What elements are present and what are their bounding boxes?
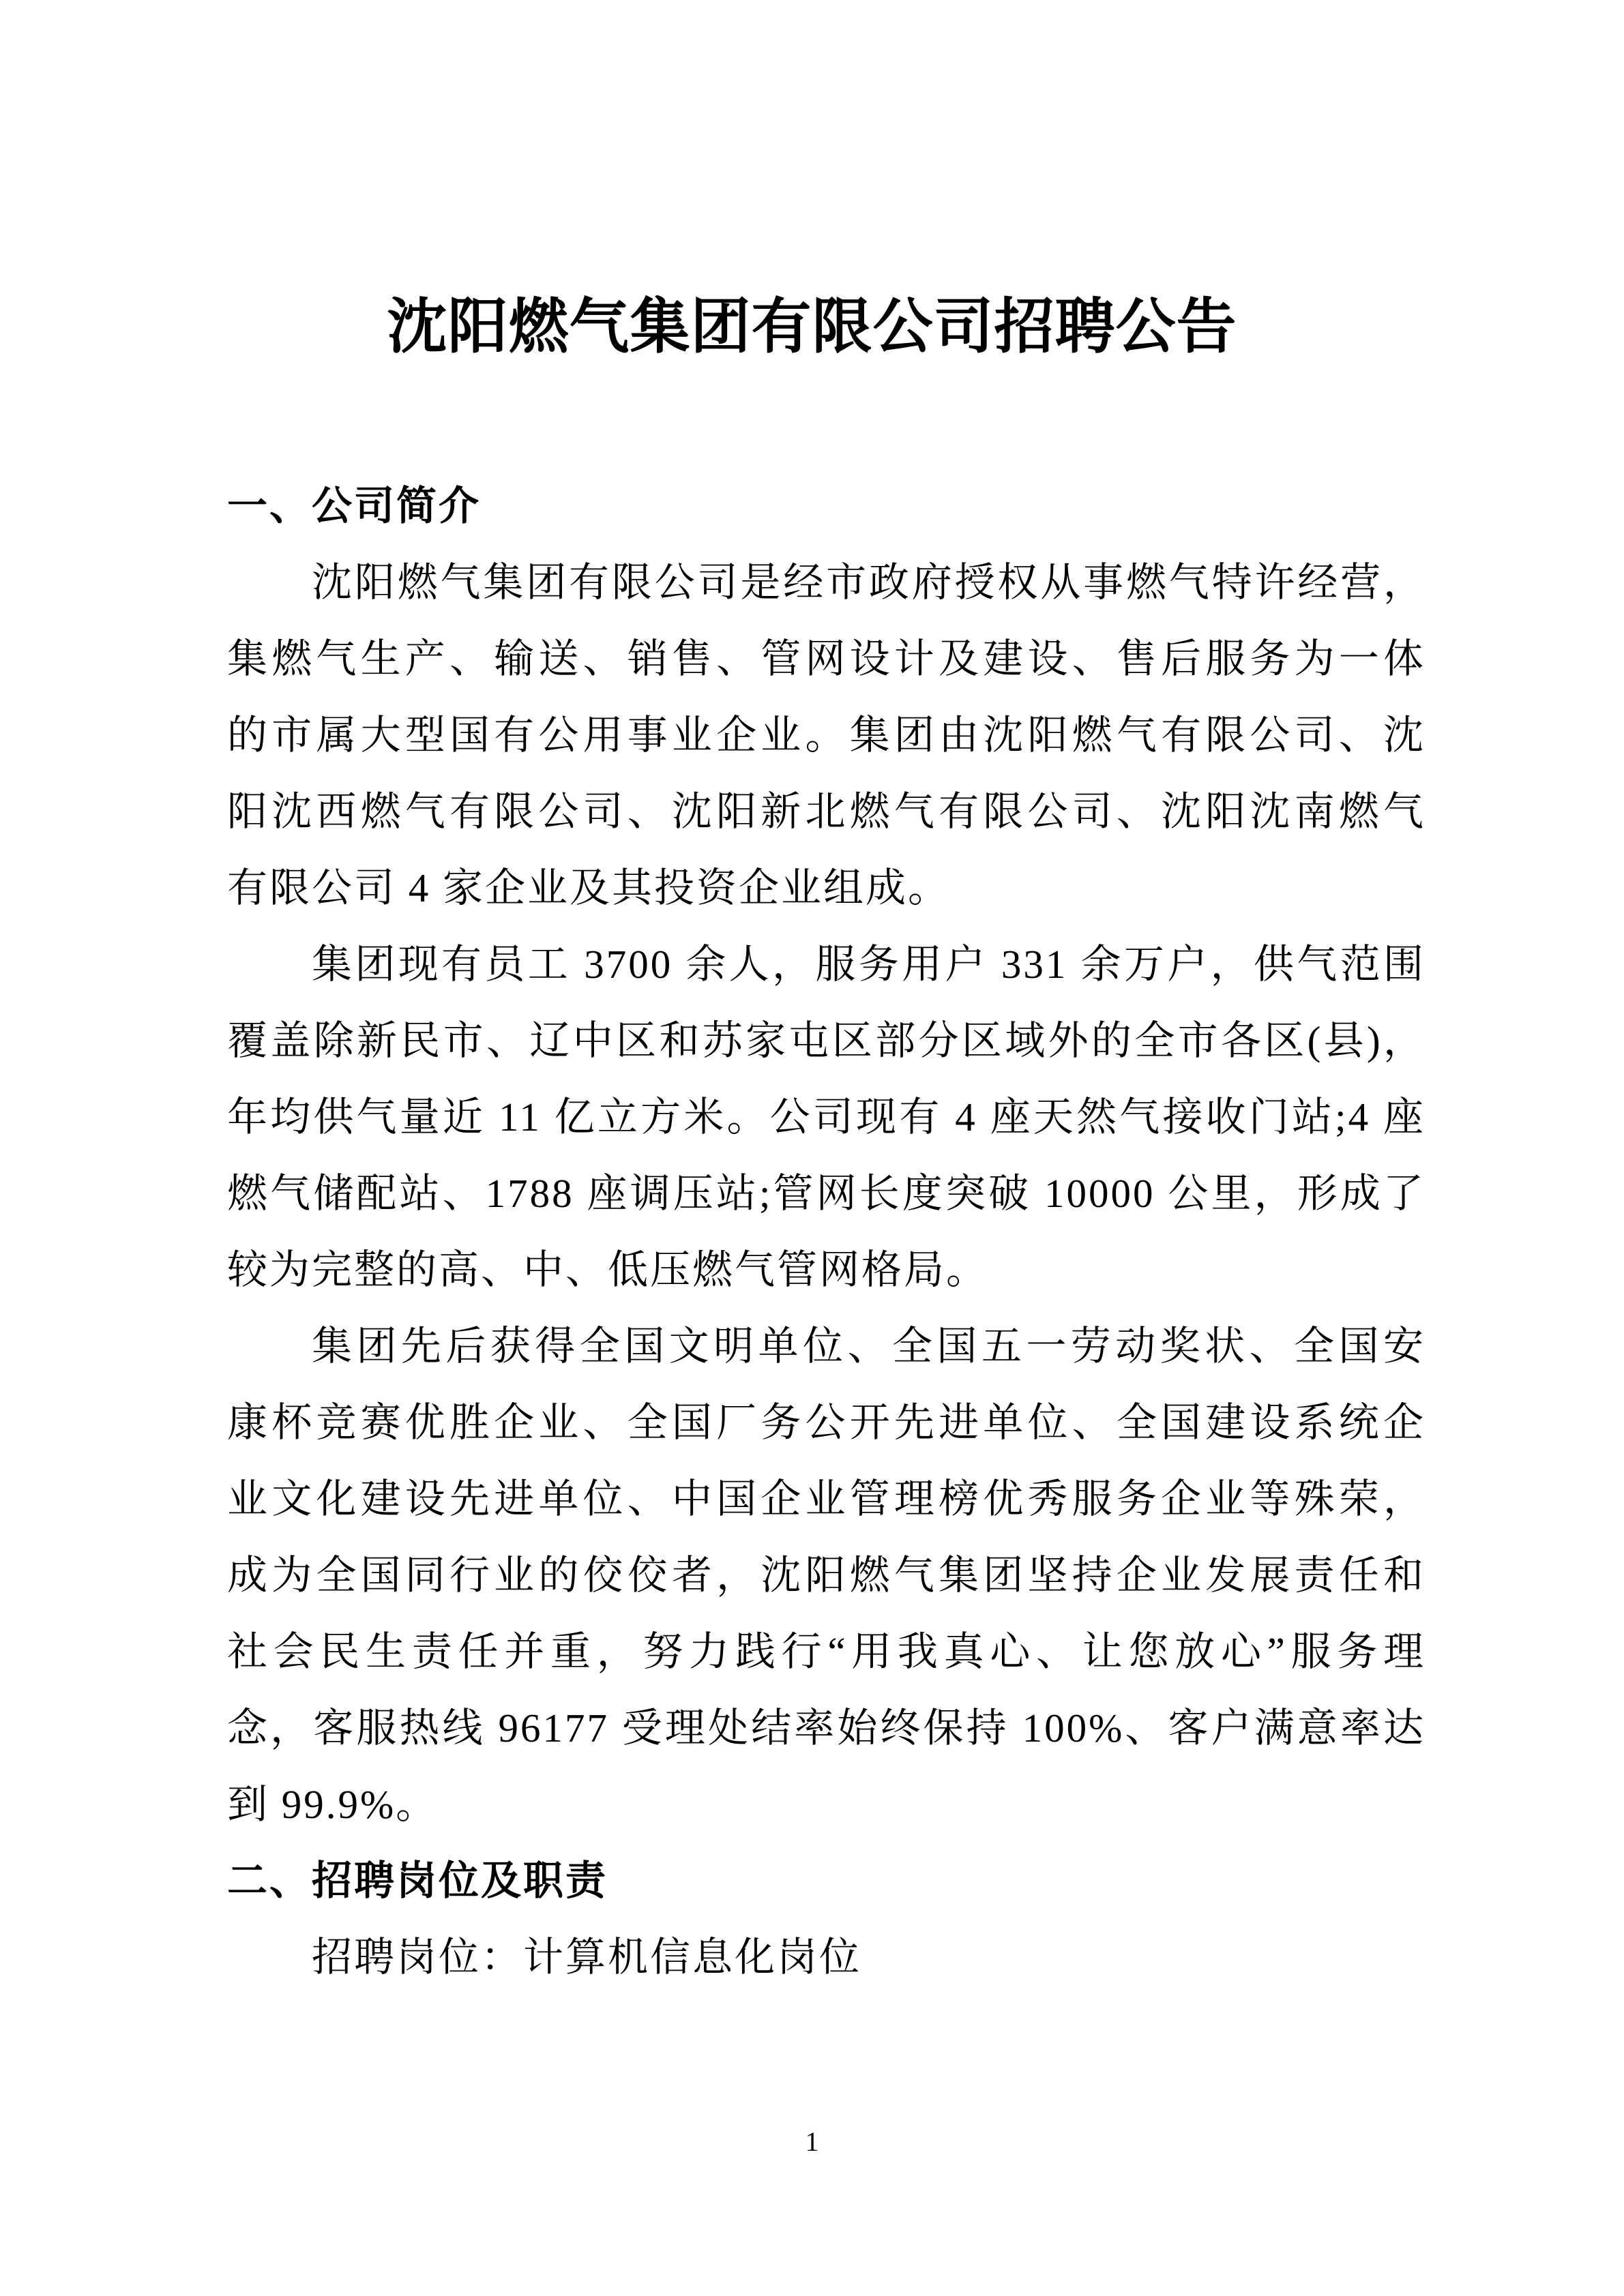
document-body: 一、公司简介沈阳燃气集团有限公司是经市政府授权从事燃气特许经营，集燃气生产、输送… bbox=[227, 468, 1426, 1995]
text-line: 沈阳燃气集团有限公司是经市政府授权从事燃气特许经营， bbox=[227, 544, 1426, 621]
text-line: 燃气储配站、1788 座调压站;管网长度突破 10000 公里，形成了 bbox=[227, 1155, 1426, 1232]
section-heading: 二、招聘岗位及职责 bbox=[227, 1843, 1426, 1919]
document-page: 沈阳燃气集团有限公司招聘公告 一、公司简介沈阳燃气集团有限公司是经市政府授权从事… bbox=[0, 0, 1624, 2296]
text-line: 较为完整的高、中、低压燃气管网格局。 bbox=[227, 1232, 1426, 1308]
text-line: 业文化建设先进单位、中国企业管理榜优秀服务企业等殊荣， bbox=[227, 1461, 1426, 1537]
text-line: 到 99.9%。 bbox=[227, 1766, 1426, 1843]
text-line: 覆盖除新民市、辽中区和苏家屯区部分区域外的全市各区(县)， bbox=[227, 1002, 1426, 1079]
text-line: 招聘岗位：计算机信息化岗位 bbox=[227, 1919, 1426, 1995]
text-line: 集团先后获得全国文明单位、全国五一劳动奖状、全国安 bbox=[227, 1308, 1426, 1384]
text-line: 阳沈西燃气有限公司、沈阳新北燃气有限公司、沈阳沈南燃气 bbox=[227, 773, 1426, 850]
page-number: 1 bbox=[0, 2126, 1624, 2158]
text-line: 念，客服热线 96177 受理处结率始终保持 100%、客户满意率达 bbox=[227, 1690, 1426, 1766]
text-line: 年均供气量近 11 亿立方米。公司现有 4 座天然气接收门站;4 座 bbox=[227, 1079, 1426, 1155]
text-line: 康杯竞赛优胜企业、全国厂务公开先进单位、全国建设系统企 bbox=[227, 1384, 1426, 1461]
text-line: 集燃气生产、输送、销售、管网设计及建设、售后服务为一体 bbox=[227, 621, 1426, 697]
text-line: 的市属大型国有公用事业企业。集团由沈阳燃气有限公司、沈 bbox=[227, 697, 1426, 773]
text-line: 集团现有员工 3700 余人，服务用户 331 余万户，供气范围 bbox=[227, 926, 1426, 1002]
text-line: 社会民生责任并重，努力践行“用我真心、让您放心”服务理 bbox=[227, 1613, 1426, 1690]
text-line: 成为全国同行业的佼佼者，沈阳燃气集团坚持企业发展责任和 bbox=[227, 1537, 1426, 1613]
document-title: 沈阳燃气集团有限公司招聘公告 bbox=[0, 290, 1624, 366]
section-heading: 一、公司简介 bbox=[227, 468, 1426, 544]
text-line: 有限公司 4 家企业及其投资企业组成。 bbox=[227, 850, 1426, 926]
